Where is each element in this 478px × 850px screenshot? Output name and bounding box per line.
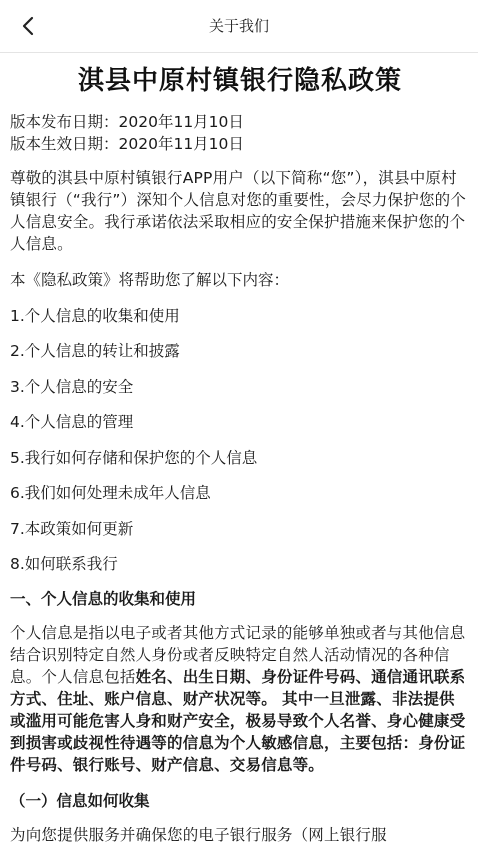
toc-item: 8.如何联系我行 [10, 553, 470, 575]
effective-date-label: 版本生效日期： [10, 135, 119, 153]
section-heading: 一、个人信息的收集和使用 [10, 588, 470, 610]
top-nav-bar: 关于我们 [0, 0, 478, 53]
collection-paragraph: 为向您提供服务并确保您的电子银行服务（网上银行服 [10, 824, 470, 846]
publish-date-value: 2020年11月10日 [119, 113, 244, 131]
toc-item: 5.我行如何存储和保护您的个人信息 [10, 447, 470, 469]
effective-date-line: 版本生效日期：2020年11月10日 [10, 133, 470, 155]
personal-info-definition: 个人信息是指以电子或者其他方式记录的能够单独或者与其他信息结合识别特定自然人身份… [10, 622, 470, 776]
page-title: 关于我们 [0, 15, 478, 36]
publish-date-label: 版本发布日期： [10, 113, 119, 131]
subsection-heading: （一）信息如何收集 [10, 790, 470, 812]
toc-item: 3.个人信息的安全 [10, 376, 470, 398]
toc-item: 7.本政策如何更新 [10, 518, 470, 540]
policy-content: 淇县中原村镇银行隐私政策 版本发布日期：2020年11月10日 版本生效日期：2… [10, 53, 470, 846]
version-dates: 版本发布日期：2020年11月10日 版本生效日期：2020年11月10日 [10, 111, 470, 155]
toc-item: 4.个人信息的管理 [10, 411, 470, 433]
toc-item: 1.个人信息的收集和使用 [10, 305, 470, 327]
greeting-paragraph: 尊敬的淇县中原村镇银行APP用户（以下简称“您”），淇县中原村镇银行（“我行”）… [10, 167, 470, 255]
intro-text: 本《隐私政策》将帮助您了解以下内容： [10, 269, 470, 291]
toc-item: 6.我们如何处理未成年人信息 [10, 482, 470, 504]
document-title: 淇县中原村镇银行隐私政策 [10, 63, 470, 99]
publish-date-line: 版本发布日期：2020年11月10日 [10, 111, 470, 133]
effective-date-value: 2020年11月10日 [119, 135, 244, 153]
toc-item: 2.个人信息的转让和披露 [10, 340, 470, 362]
